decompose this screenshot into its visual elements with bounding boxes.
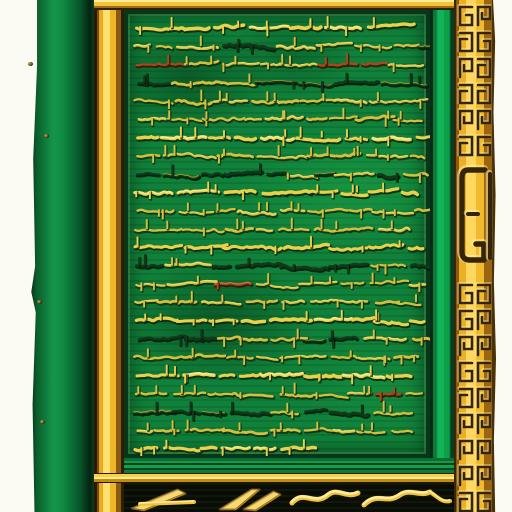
manuscript-text-svg <box>132 16 430 456</box>
meander-cell <box>477 440 490 459</box>
paper-speck <box>37 300 42 304</box>
meander-cell <box>459 110 472 129</box>
ornament-column <box>454 0 496 512</box>
gutter-strip <box>430 10 454 482</box>
bottom-band <box>124 483 454 512</box>
meander-cell <box>459 136 472 155</box>
meander-cell <box>459 336 472 355</box>
manuscript-page <box>0 0 512 512</box>
gold-frame-left <box>94 0 124 512</box>
paper-speck <box>28 62 33 66</box>
text-line <box>134 349 418 366</box>
meander-cell <box>477 492 490 511</box>
panel-footer-strip <box>124 458 454 473</box>
text-line <box>136 310 425 326</box>
meander-cell <box>477 466 490 485</box>
text-panel <box>124 10 430 458</box>
meander-cell <box>477 6 490 25</box>
meander-cell <box>477 362 490 381</box>
text-line <box>138 202 430 220</box>
paper-speck <box>40 420 45 424</box>
meander-cell <box>459 362 472 381</box>
gold-frame-top <box>94 0 454 10</box>
text-line <box>138 74 427 92</box>
meander-cell <box>477 84 490 103</box>
meander-cell <box>459 310 472 329</box>
text-line <box>135 237 424 255</box>
meander-cell <box>459 414 472 433</box>
meander-cell <box>459 6 472 25</box>
meander-cell <box>477 110 490 129</box>
text-line <box>137 17 415 37</box>
meander-cell <box>477 136 490 155</box>
text-line <box>139 109 423 127</box>
meander-cell <box>477 310 490 329</box>
text-line <box>137 365 412 384</box>
meander-cell <box>459 466 472 485</box>
text-line <box>134 90 428 109</box>
text-line <box>134 402 413 421</box>
text-line <box>134 183 418 201</box>
hook-scroll-ornament <box>461 169 490 260</box>
text-line <box>136 274 426 293</box>
meander-cell <box>477 284 490 303</box>
meander-cell <box>459 58 472 77</box>
paper-speck <box>44 134 49 138</box>
meander-cell <box>477 388 490 407</box>
meander-cell <box>459 492 472 511</box>
meander-cell <box>477 336 490 355</box>
text-line <box>135 219 410 237</box>
meander-cell <box>459 440 472 459</box>
text-line <box>138 127 430 146</box>
meander-pattern-svg <box>454 0 496 512</box>
meander-cell <box>459 32 472 51</box>
meander-cell <box>459 284 472 303</box>
text-line <box>138 146 426 164</box>
meander-cell <box>459 84 472 103</box>
text-line <box>137 164 429 183</box>
text-line <box>136 383 423 401</box>
text-line <box>136 255 430 275</box>
text-line <box>134 37 430 54</box>
book-spine <box>30 0 94 512</box>
meander-cell <box>477 414 490 433</box>
text-line <box>135 440 316 456</box>
text-line <box>139 330 430 349</box>
text-line <box>137 421 412 437</box>
text-line <box>137 54 424 72</box>
flourish-svg <box>124 483 454 512</box>
meander-cell <box>477 58 490 77</box>
meander-cell <box>459 388 472 407</box>
gold-rule <box>94 473 454 483</box>
meander-cell <box>477 32 490 51</box>
wedge-flourish-highlight <box>131 489 185 510</box>
text-line <box>135 292 421 310</box>
